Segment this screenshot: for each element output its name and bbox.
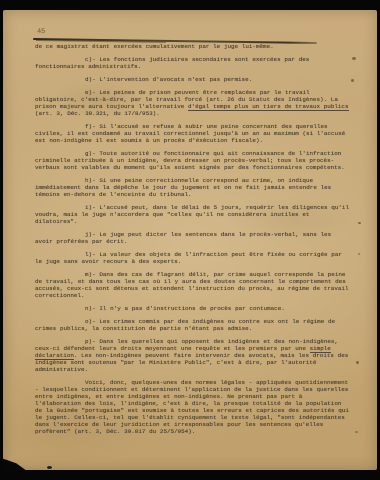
text-run: . Les non-indigènes peuvent faire interv…	[35, 352, 348, 373]
scanned-document: { "colors":{ "paper":"#cbae7e", "ink":"#…	[0, 0, 380, 480]
text-run: g)- Toute autorité ou fonctionnaire qui …	[35, 150, 345, 171]
margin-mark	[358, 222, 361, 224]
text-run: f)- Si l'accusé se refuse à subir une pe…	[35, 123, 345, 144]
paragraph-item-p: p)- Dans les querelles qui opposent des …	[35, 338, 349, 373]
paragraph-item-n: n)- Il n'y a pas d'instructions de procè…	[35, 305, 349, 312]
text-run: p)- Dans les querelles qui opposent des …	[35, 338, 338, 352]
paragraph-item-g: g)- Toute autorité ou fonctionnaire qui …	[35, 150, 349, 171]
document-page: 45 de ce magistrat étant exercées cumula…	[3, 10, 377, 470]
text-run: j)- Le juge peut dicter les sentences da…	[35, 231, 331, 245]
document-body: de ce magistrat étant exercées cumulativ…	[35, 43, 349, 435]
paragraph-item-i: i)- L'accusé peut, dans le délai de 5 jo…	[35, 204, 349, 225]
text-run: o)- Les crimes commis par des indigènes …	[35, 318, 335, 332]
paragraph-item-d: d)- L'intervention d'avocats n'est pas p…	[35, 76, 349, 83]
text-run: n)- Il n'y a pas d'instructions de procè…	[85, 305, 285, 312]
handwritten-page-number: 45	[37, 28, 46, 37]
paragraph-item-l: l)- La valeur des objets de l'infraction…	[35, 251, 349, 265]
text-run: de ce magistrat étant exercées cumulativ…	[35, 43, 274, 50]
paragraph-intro-continuation: de ce magistrat étant exercées cumulativ…	[35, 43, 349, 50]
paragraph-item-o: o)- Les crimes commis par des indigènes …	[35, 318, 349, 332]
margin-mark	[355, 431, 358, 433]
ink-speck	[47, 466, 52, 469]
text-run: (art. 3, Déc. 39.321, du 17/8/953).	[35, 110, 160, 117]
underlined-text: d'égal temps plus un tiers de travaux pu…	[188, 103, 348, 111]
margin-mark	[356, 361, 359, 364]
paragraph-item-m: m)- Dans des cas de flagrant délit, par …	[35, 271, 349, 299]
margin-mark	[358, 253, 360, 255]
text-run: Voici, donc, quelques-unes des normes lé…	[35, 379, 349, 435]
text-run: m)- Dans des cas de flagrant délit, par …	[35, 271, 348, 299]
paragraph-item-h: h)- Si une peine correctionnelle corresp…	[35, 177, 349, 198]
text-run: d)- L'intervention d'avocats n'est pas p…	[85, 76, 252, 83]
text-run: l)- La valeur des objets de l'infraction…	[35, 251, 342, 265]
paragraph-item-c: c)- Les fonctions judiciaires secondaire…	[35, 56, 349, 70]
paragraph-conclusion: Voici, donc, quelques-unes des normes lé…	[35, 379, 349, 435]
text-run: h)- Si une peine correctionnelle corresp…	[35, 177, 331, 198]
margin-mark	[352, 57, 356, 60]
paragraph-item-e: e)- Les peines de prison peuvent être re…	[35, 89, 349, 117]
text-run: c)- Les fonctions judiciaires secondaire…	[35, 56, 309, 70]
text-run: i)- L'accusé peut, dans le délai de 5 jo…	[35, 204, 349, 225]
scan-corner-artifact	[3, 458, 27, 471]
paragraph-item-j: j)- Le juge peut dicter les sentences da…	[35, 231, 349, 245]
margin-mark	[351, 79, 354, 82]
paragraph-item-f: f)- Si l'accusé se refuse à subir une pe…	[35, 123, 349, 144]
